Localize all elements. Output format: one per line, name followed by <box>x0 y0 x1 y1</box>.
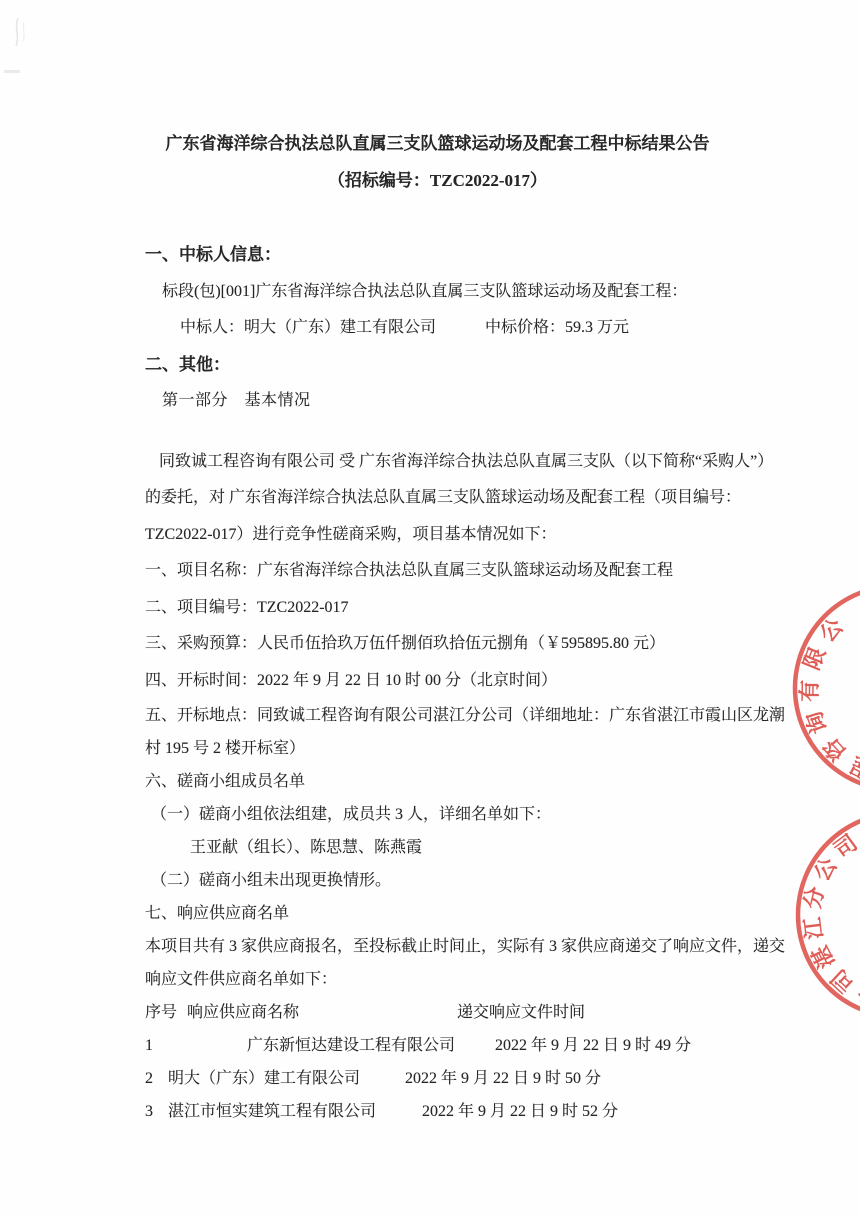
intro-line: TZC2022-017）进行竞争性磋商采购，项目基本情况如下： <box>145 517 770 554</box>
document-subtitle-tender-no: （招标编号：TZC2022-017） <box>145 163 770 200</box>
col-header-time: 递交响应文件时间 <box>457 996 585 1029</box>
suppliers-intro-line: 响应文件供应商名单如下： <box>145 963 770 996</box>
item-project-number: 二、项目编号：TZC2022-017 <box>145 590 770 627</box>
suppliers-table-header: 序号 响应供应商名称 递交响应文件时间 <box>145 996 770 1029</box>
intro-line: 的委托，对 广东省海洋综合执法总队直属三支队篮球运动场及配套工程（项目编号： <box>145 480 770 517</box>
item-bid-opening-place: 五、开标地点：同致诚工程咨询有限公司湛江分公司（详细地址：广东省湛江市霞山区龙潮 <box>145 699 770 732</box>
announcement-page: 广东省海洋综合执法总队直属三支队篮球运动场及配套工程中标结果公告 （招标编号：T… <box>0 0 860 1216</box>
item-bid-opening-place-cont: 村 195 号 2 楼开标室） <box>145 732 770 765</box>
red-seal-zhanjiang-branch: 公司湛江分公司 <box>790 805 860 1025</box>
seal-arc-text: 公司湛江分公司 <box>799 826 860 1012</box>
intro-line: 同致诚工程咨询有限公司 受 广东省海洋综合执法总队直属三支队（以下简称“采购人”… <box>145 444 770 481</box>
row-submit-time: 2022 年 9 月 22 日 9 时 50 分 <box>405 1062 601 1095</box>
table-row: 1 广东新恒达建设工程有限公司 2022 年 9 月 22 日 9 时 49 分 <box>145 1029 770 1062</box>
row-no: 2 <box>145 1062 153 1095</box>
row-no: 1 <box>145 1029 153 1062</box>
negotiation-group-no-change-line: （二）磋商小组未出现更换情形。 <box>145 864 770 897</box>
suppliers-intro-line: 本项目共有 3 家供应商报名，至投标截止时间止，实际有 3 家供应商递交了响应文… <box>145 930 770 963</box>
document-title: 广东省海洋综合执法总队直属三支队篮球运动场及配套工程中标结果公告 <box>145 126 770 163</box>
winner-line: 中标人：明大（广东）建工有限公司 中标价格：59.3 万元 <box>145 310 770 347</box>
document-body: 广东省海洋综合执法总队直属三支队篮球运动场及配套工程中标结果公告 （招标编号：T… <box>145 126 770 1128</box>
red-seal-consulting-company: 程咨询有限公 <box>776 567 860 809</box>
col-header-name: 响应供应商名称 <box>187 996 299 1029</box>
col-header-no: 序号 <box>145 996 177 1029</box>
negotiation-group-formed-line: （一）磋商小组依法组建，成员共 3 人，详细名单如下： <box>145 798 770 831</box>
item-suppliers-heading: 七、响应供应商名单 <box>145 897 770 930</box>
item-negotiation-group-heading: 六、磋商小组成员名单 <box>145 765 770 798</box>
row-supplier-name: 湛江市恒实建筑工程有限公司 <box>168 1095 376 1128</box>
row-supplier-name: 广东新恒达建设工程有限公司 <box>247 1029 455 1062</box>
item-project-name: 一、项目名称：广东省海洋综合执法总队直属三支队篮球运动场及配套工程 <box>145 553 770 590</box>
row-supplier-name: 明大（广东）建工有限公司 <box>168 1062 360 1095</box>
svg-text:程咨询有限公: 程咨询有限公 <box>787 605 860 791</box>
table-row: 2 明大（广东）建工有限公司 2022 年 9 月 22 日 9 时 50 分 <box>145 1062 770 1095</box>
section-heading-winner-info: 一、中标人信息： <box>145 237 770 274</box>
item-procurement-budget: 三、采购预算：人民币伍拾玖万伍仟捌佰玖拾伍元捌角（￥595895.80 元） <box>145 626 770 663</box>
negotiation-group-members: 王亚献（组长）、陈思慧、陈燕霞 <box>145 831 770 864</box>
seal-arc-text: 程咨询有限公 <box>787 605 860 791</box>
section-heading-other: 二、其他： <box>145 347 770 384</box>
svg-text:公司湛江分公司: 公司湛江分公司 <box>799 826 860 1012</box>
table-row: 3 湛江市恒实建筑工程有限公司 2022 年 9 月 22 日 9 时 52 分 <box>145 1095 770 1128</box>
part-one-heading: 第一部分 基本情况 <box>145 383 770 420</box>
winner-price: 中标价格：59.3 万元 <box>485 319 629 336</box>
winner-name: 中标人：明大（广东）建工有限公司 <box>180 319 436 336</box>
scan-artifact-marks <box>4 14 44 84</box>
row-submit-time: 2022 年 9 月 22 日 9 时 52 分 <box>422 1095 618 1128</box>
row-submit-time: 2022 年 9 月 22 日 9 时 49 分 <box>495 1029 691 1062</box>
lot-line: 标段(包)[001]广东省海洋综合执法总队直属三支队篮球运动场及配套工程： <box>145 274 770 311</box>
row-no: 3 <box>145 1095 153 1128</box>
item-bid-opening-time: 四、开标时间：2022 年 9 月 22 日 10 时 00 分（北京时间） <box>145 663 770 700</box>
